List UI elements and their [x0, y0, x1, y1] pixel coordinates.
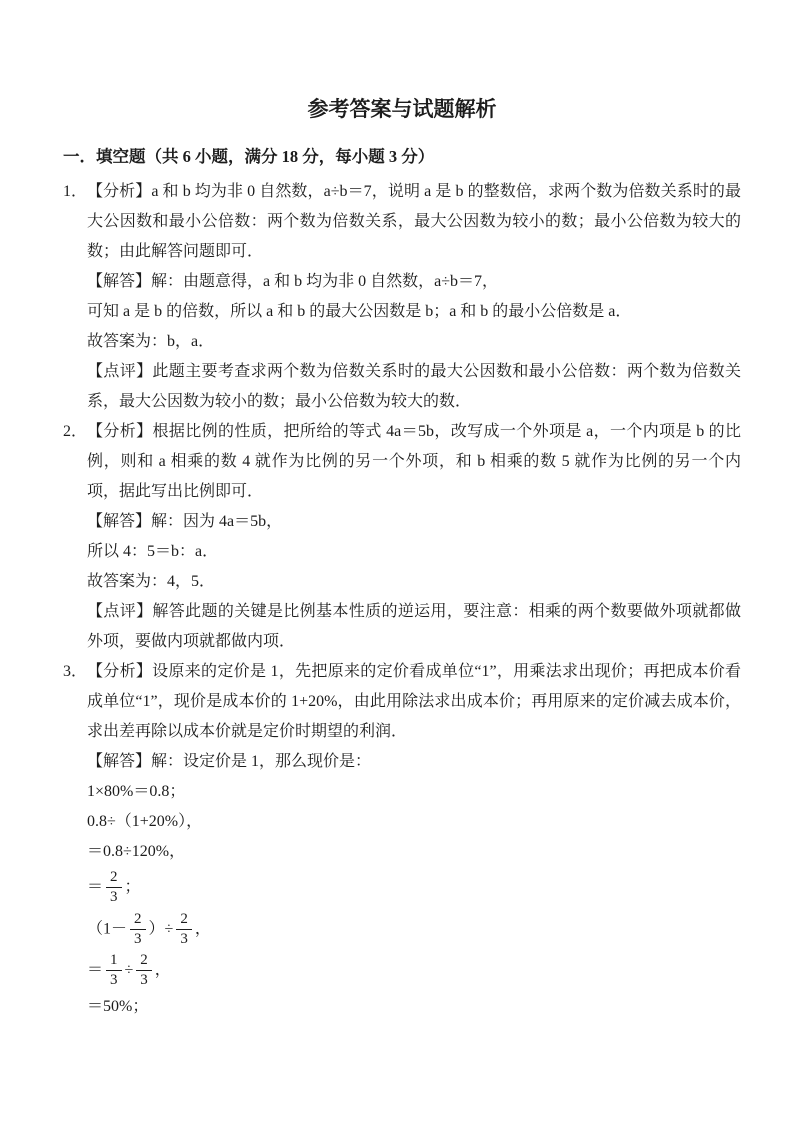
document-page: 参考答案与试题解析 一．填空题（共 6 小题，满分 18 分，每小题 3 分） …: [0, 0, 793, 1122]
solution-step: （1－23）÷23，: [87, 909, 741, 951]
analysis-paragraph: 【分析】设原来的定价是 1，先把原来的定价看成单位“1”，用乘法求出现价；再把成…: [87, 657, 741, 747]
document-title: 参考答案与试题解析: [63, 96, 741, 122]
question-number: 1．: [63, 177, 87, 207]
question-2: 2． 【分析】根据比例的性质，把所给的等式 4a＝5b，改写成一个外项是 a，一…: [63, 417, 741, 657]
solution-step: 0.8÷（1+20%），: [87, 807, 741, 837]
solution-paragraph: 可知 a 是 b 的倍数，所以 a 和 b 的最大公因数是 b；a 和 b 的最…: [87, 297, 741, 327]
solution-step: 1×80%＝0.8；: [87, 777, 741, 807]
fraction: 23: [176, 911, 192, 949]
solution-paragraph: 【解答】解：因为 4a＝5b，: [87, 507, 741, 537]
analysis-paragraph: 【分析】a 和 b 均为非 0 自然数，a÷b＝7，说明 a 是 b 的整数倍，…: [87, 177, 741, 267]
document-content: 参考答案与试题解析 一．填空题（共 6 小题，满分 18 分，每小题 3 分） …: [63, 96, 741, 1022]
solution-paragraph: 所以 4：5＝b：a．: [87, 537, 741, 567]
fraction: 23: [106, 869, 122, 907]
fraction: 23: [130, 911, 146, 949]
comment-paragraph: 【点评】此题主要考查求两个数为倍数关系时的最大公因数和最小公倍数：两个数为倍数关…: [87, 357, 741, 417]
solution-step: ＝13÷23，: [87, 950, 741, 992]
solution-paragraph: 【解答】解：由题意得，a 和 b 均为非 0 自然数，a÷b＝7，: [87, 267, 741, 297]
solution-step: ＝50%；: [87, 992, 741, 1022]
question-3: 3． 【分析】设原来的定价是 1，先把原来的定价看成单位“1”，用乘法求出现价；…: [63, 657, 741, 1022]
question-number: 2．: [63, 417, 87, 447]
comment-paragraph: 【点评】解答此题的关键是比例基本性质的逆运用，要注意：相乘的两个数要做外项就都做…: [87, 597, 741, 657]
answer-paragraph: 故答案为：4，5．: [87, 567, 741, 597]
answer-paragraph: 故答案为：b，a．: [87, 327, 741, 357]
solution-step: ＝23；: [87, 867, 741, 909]
section-heading: 一．填空题（共 6 小题，满分 18 分，每小题 3 分）: [63, 142, 741, 172]
solution-step: ＝0.8÷120%，: [87, 837, 741, 867]
question-list: 1． 【分析】a 和 b 均为非 0 自然数，a÷b＝7，说明 a 是 b 的整…: [63, 177, 741, 1022]
fraction: 13: [106, 952, 122, 990]
fraction: 23: [136, 952, 152, 990]
solution-paragraph: 【解答】解：设定价是 1，那么现价是：: [87, 747, 741, 777]
analysis-paragraph: 【分析】根据比例的性质，把所给的等式 4a＝5b，改写成一个外项是 a，一个内项…: [87, 417, 741, 507]
question-1: 1． 【分析】a 和 b 均为非 0 自然数，a÷b＝7，说明 a 是 b 的整…: [63, 177, 741, 417]
question-number: 3．: [63, 657, 87, 687]
